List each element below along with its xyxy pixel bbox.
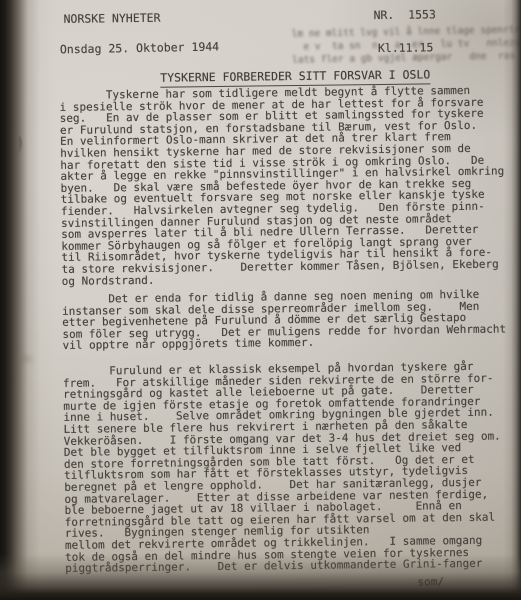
document-photo: lm ne mlitt lvg vil å lnne tlage spenrtr… <box>0 0 521 600</box>
date-line: Onsdag 25. Oktober 1944 <box>60 39 219 56</box>
issue-number: NR. 1553 <box>373 7 435 22</box>
time-stamp: Kl.11.15 <box>378 40 434 55</box>
paragraph-1: Tyskerne har som tidligere meldt begynt … <box>59 84 513 287</box>
paragraph-2: Det er enda for tidlig å danne seg noen … <box>62 288 515 351</box>
paper-smudge <box>16 352 36 366</box>
paragraph-3: Furulund er et klassisk eksempel på hvor… <box>63 360 518 574</box>
article-body: Tyskerne har som tidligere meldt begynt … <box>59 84 517 574</box>
catchword: som/ <box>417 575 444 588</box>
masthead: NORSKE NYHETER <box>63 11 160 26</box>
paper-page: lm ne mlitt lvg vil å lnne tlage spenrtr… <box>0 0 521 600</box>
typewritten-content: lm ne mlitt lvg vil å lnne tlage spenrtr… <box>0 0 521 600</box>
